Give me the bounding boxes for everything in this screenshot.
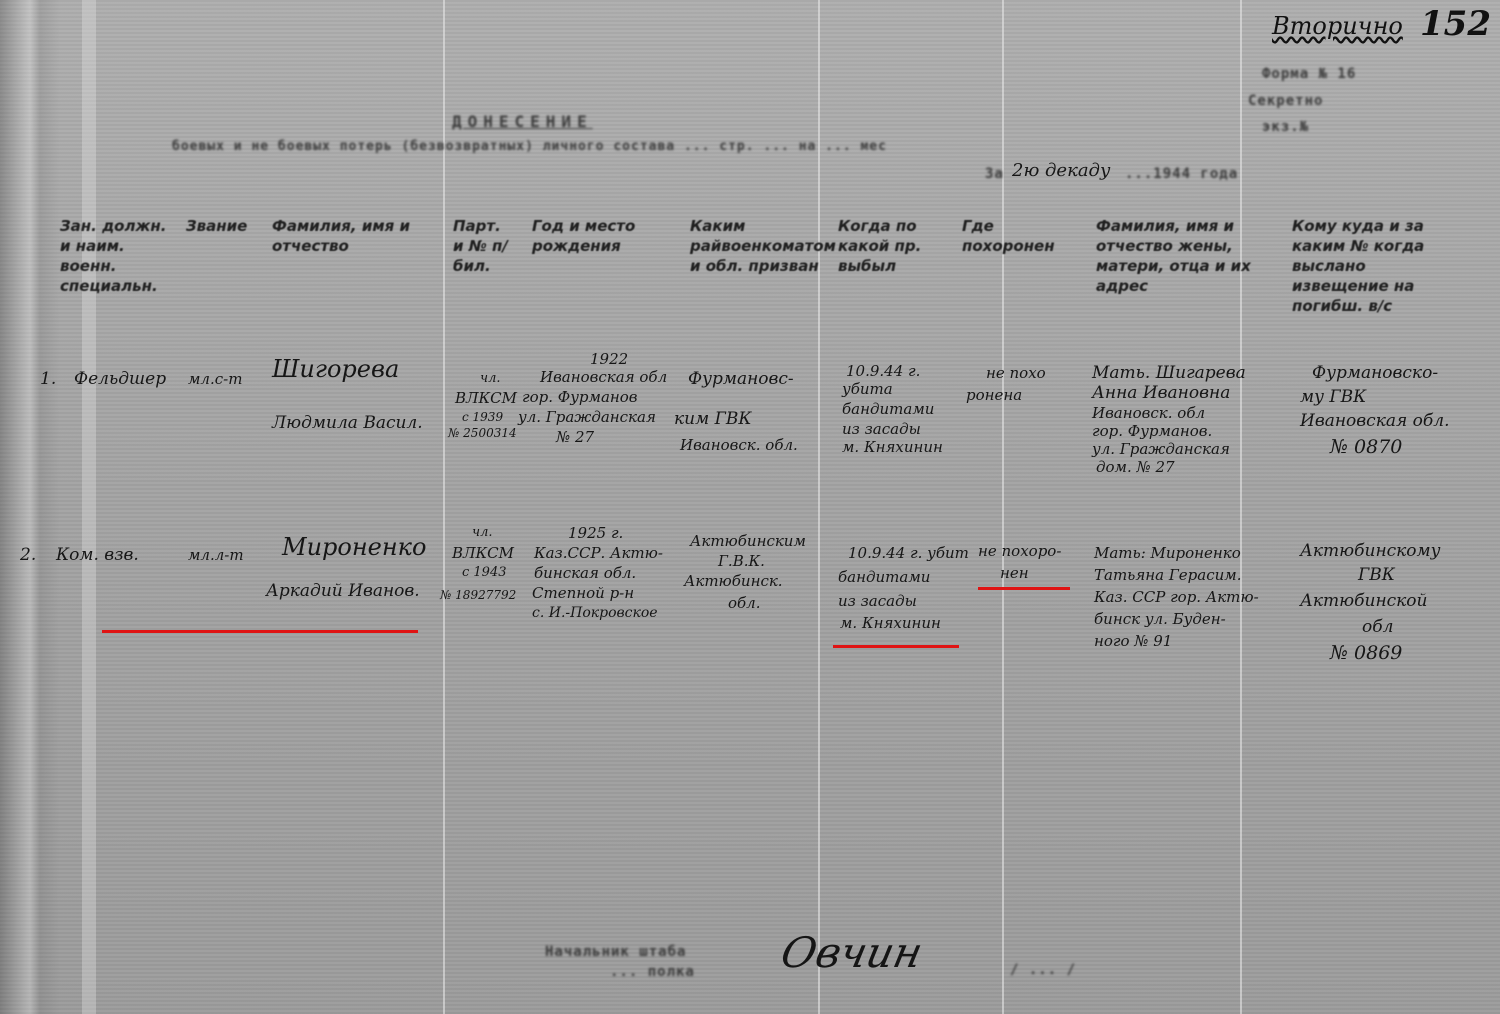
draft-office: ким ГВК: [674, 408, 752, 430]
burial-cell: не похо: [986, 362, 1046, 384]
party-cell: ВЛКСМ: [452, 542, 514, 564]
relative-address: Каз. ССР гор. Актю-: [1094, 586, 1259, 608]
draft-office: обл.: [728, 592, 761, 614]
casualty-place: м. Княхинин: [840, 612, 941, 634]
col-header-name: Фамилия, имя и отчество: [272, 216, 432, 256]
highlight-underline-place: [833, 645, 959, 648]
surname-cell: Мироненко: [282, 536, 426, 558]
secondary-mark: Вторично: [1272, 12, 1403, 40]
birth-place: ул. Гражданская: [518, 406, 656, 428]
period-prefix: За: [985, 166, 1004, 182]
draft-office: Фурмановс-: [688, 368, 794, 390]
footer-name: / ... /: [1010, 962, 1076, 978]
burial-cell: ронена: [966, 384, 1022, 406]
col-header-birth: Год и место рождения: [532, 216, 672, 256]
notice-recipient: ГВК: [1358, 564, 1395, 586]
draft-office: Актюбинск.: [684, 570, 783, 592]
col-header-relatives: Фамилия, имя и отчество жены, матери, от…: [1096, 216, 1256, 296]
casualty-cause: бандитами: [838, 566, 930, 588]
notice-recipient: Актюбинскому: [1300, 540, 1441, 562]
casualty-place: м. Княхинин: [842, 436, 943, 458]
row-number: 2.: [20, 544, 36, 566]
casualty-date: 10.9.44 г. убит: [848, 542, 969, 564]
notice-recipient: му ГВК: [1300, 386, 1366, 408]
casualty-cause: убита: [842, 378, 893, 400]
form-label: Форма № 16: [1262, 66, 1356, 82]
birth-place: Каз.ССР. Актю-: [534, 542, 663, 564]
page-number: 152: [1420, 4, 1491, 44]
fold-line: [1002, 0, 1004, 1014]
rank-cell: мл.л-т: [188, 544, 244, 566]
casualty-cause: из засады: [838, 590, 917, 612]
position-cell: Ком. взв.: [56, 544, 139, 566]
relative-name: Мать. Шигарева: [1092, 362, 1246, 384]
col-header-when: Когда по какой пр. выбыл: [838, 216, 958, 276]
relative-name: Татьяна Герасим.: [1094, 564, 1241, 586]
col-header-party: Парт. и № п/бил.: [453, 216, 513, 276]
birth-place: Ивановская обл: [540, 366, 667, 388]
period-handwritten: 2ю декаду: [1012, 160, 1110, 182]
col-header-position: Зан. должн. и наим. военн. специальн.: [60, 216, 180, 296]
fold-line: [1240, 0, 1242, 1014]
draft-office: Ивановск. обл.: [680, 434, 798, 456]
col-header-notice: Кому куда и за каким № когда выслано изв…: [1292, 216, 1462, 316]
notice-number: № 0869: [1330, 642, 1402, 664]
notice-recipient: Актюбинской: [1300, 590, 1428, 612]
birth-place: гор. Фурманов: [522, 386, 638, 408]
party-cell: № 2500314: [448, 422, 517, 444]
row-number: 1.: [40, 368, 56, 390]
relative-address: дом. № 27: [1096, 456, 1175, 478]
col-header-rank: Звание: [186, 216, 256, 236]
period-suffix: ...1944 года: [1125, 166, 1238, 182]
document-subtitle: боевых и не боевых потерь (безвозвратных…: [172, 139, 887, 154]
notice-recipient: Фурмановско-: [1312, 362, 1438, 384]
birth-place: Степной р-н: [532, 582, 634, 604]
fold-crease: [82, 0, 96, 1014]
signature: Овчин: [777, 928, 927, 977]
highlight-underline-name: [102, 630, 418, 633]
footer-title: Начальник штаба: [545, 944, 686, 960]
burial-cell: не похоро-: [978, 540, 1061, 562]
classification-label: Секретно: [1248, 93, 1323, 109]
given-name-cell: Аркадий Иванов.: [266, 580, 420, 602]
document-title: ДОНЕСЕНИЕ: [452, 112, 593, 131]
notice-recipient: Ивановская обл.: [1300, 410, 1450, 432]
burial-cell: нен: [1000, 562, 1029, 584]
birth-place: № 27: [556, 426, 594, 448]
relative-address: бинск ул. Буден-: [1094, 608, 1226, 630]
relative-name: Мать: Мироненко: [1094, 542, 1241, 564]
given-name-cell: Людмила Васил.: [272, 412, 423, 434]
surname-cell: Шигорева: [272, 358, 399, 380]
birth-place: бинская обл.: [534, 562, 636, 584]
rank-cell: мл.с-т: [188, 368, 242, 390]
notice-number: № 0870: [1330, 436, 1402, 458]
party-cell: № 18927792: [440, 584, 516, 606]
highlight-underline-burial: [978, 587, 1070, 590]
birth-place: с. И.-Покровское: [532, 602, 658, 624]
col-header-draft: Каким райвоенкоматом и обл. призван: [690, 216, 830, 276]
col-header-burial: Где похоронен: [962, 216, 1082, 256]
draft-office: Г.В.К.: [718, 550, 765, 572]
draft-office: Актюбинским: [690, 530, 806, 552]
footer-subtitle: ... полка: [610, 964, 695, 980]
relative-name: Анна Ивановна: [1092, 382, 1230, 404]
casualty-cause: бандитами: [842, 398, 934, 420]
copy-label: экз.№: [1262, 119, 1309, 135]
position-cell: Фельдшер: [74, 368, 166, 390]
party-cell: с 1943: [462, 562, 507, 584]
notice-recipient: обл: [1362, 616, 1393, 638]
relative-address: ного № 91: [1094, 630, 1172, 652]
birth-year: 1925 г.: [568, 522, 623, 544]
party-cell: чл.: [472, 522, 493, 544]
